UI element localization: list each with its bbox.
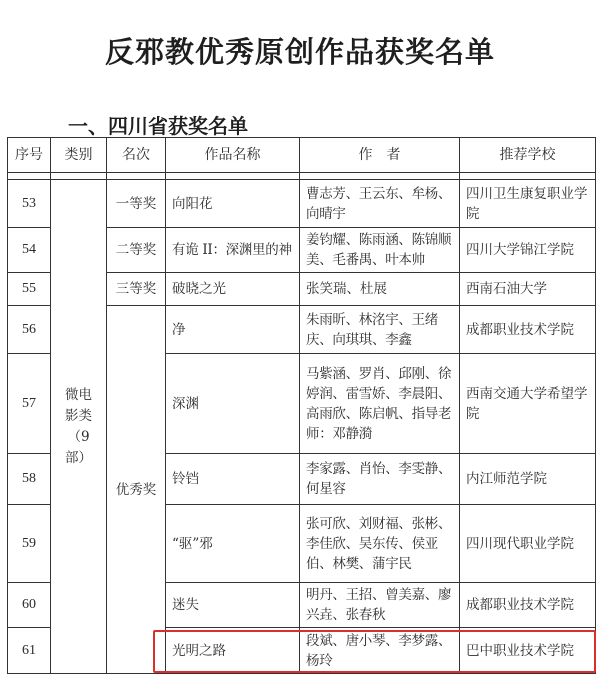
row-authors: 明丹、王招、曾美嘉、廖兴垚、张春秋	[300, 583, 460, 628]
row-authors: 李家露、肖怡、李雯静、何星容	[300, 454, 460, 505]
row-authors: 朱雨昕、林洺宇、王绪庆、向琪琪、李鑫	[300, 306, 460, 354]
row-work: “驱”邪	[166, 505, 300, 583]
row-no: 60	[8, 583, 51, 628]
row-rank: 一等奖	[107, 180, 166, 228]
row-work: 破晓之光	[166, 273, 300, 306]
row-school: 西南石油大学	[460, 273, 596, 306]
category-line: 影类	[57, 406, 100, 427]
row-authors: 马紫涵、罗肖、邱刚、徐婷润、雷雪娇、李晨阳、 高雨欣、陈启帆、指导老师：邓静漪	[300, 354, 460, 454]
row-school: 四川大学锦江学院	[460, 228, 596, 273]
row-work: 向阳花	[166, 180, 300, 228]
header-authors: 作 者	[300, 138, 460, 173]
document-title: 反邪教优秀原创作品获奖名单	[0, 30, 600, 71]
row-school: 四川卫生康复职业学院	[460, 180, 596, 228]
row-work: 净	[166, 306, 300, 354]
row-no: 55	[8, 273, 51, 306]
header-no: 序号	[8, 138, 51, 173]
row-authors: 段斌、唐小琴、李梦露、杨玲	[300, 628, 460, 674]
table-header-row: 序号 类别 名次 作品名称 作 者 推荐学校	[8, 138, 596, 173]
award-table: 序号 类别 名次 作品名称 作 者 推荐学校 53 微电 影类 （9 部） 一等…	[7, 137, 596, 674]
row-work: 有诡 II：深渊里的神	[166, 228, 300, 273]
row-school: 成都职业技术学院	[460, 306, 596, 354]
category-line: （9 部）	[57, 427, 100, 469]
category-line: 微电	[57, 385, 100, 406]
spacer-row	[8, 173, 596, 180]
header-category: 类别	[51, 138, 107, 173]
row-no: 58	[8, 454, 51, 505]
row-school: 内江师范学院	[460, 454, 596, 505]
row-work: 深渊	[166, 354, 300, 454]
row-school: 四川现代职业学院	[460, 505, 596, 583]
row-authors: 姜钧耀、陈雨涵、陈锦顺美、毛番禺、叶本帅	[300, 228, 460, 273]
row-no: 57	[8, 354, 51, 454]
row-work: 光明之路	[166, 628, 300, 674]
row-no: 61	[8, 628, 51, 674]
row-no: 59	[8, 505, 51, 583]
row-school: 巴中职业技术学院	[460, 628, 596, 674]
table-row: 53 微电 影类 （9 部） 一等奖 向阳花 曹志芳、王云东、牟杨、向晴宇 四川…	[8, 180, 596, 228]
row-rank: 优秀奖	[107, 306, 166, 674]
row-no: 54	[8, 228, 51, 273]
category-cell: 微电 影类 （9 部）	[51, 180, 107, 674]
row-authors: 张笑瑞、杜展	[300, 273, 460, 306]
row-rank: 二等奖	[107, 228, 166, 273]
row-no: 56	[8, 306, 51, 354]
row-school: 西南交通大学希望学院	[460, 354, 596, 454]
header-work: 作品名称	[166, 138, 300, 173]
row-authors: 曹志芳、王云东、牟杨、向晴宇	[300, 180, 460, 228]
row-work: 迷失	[166, 583, 300, 628]
row-work: 铃铛	[166, 454, 300, 505]
header-rank: 名次	[107, 138, 166, 173]
row-no: 53	[8, 180, 51, 228]
row-rank: 三等奖	[107, 273, 166, 306]
row-school: 成都职业技术学院	[460, 583, 596, 628]
header-school: 推荐学校	[460, 138, 596, 173]
section-heading: 一、四川省获奖名单	[68, 110, 248, 139]
row-authors: 张可欣、刘财福、张彬、李佳欣、吴东传、侯亚伯、林樊、蒲宇民	[300, 505, 460, 583]
